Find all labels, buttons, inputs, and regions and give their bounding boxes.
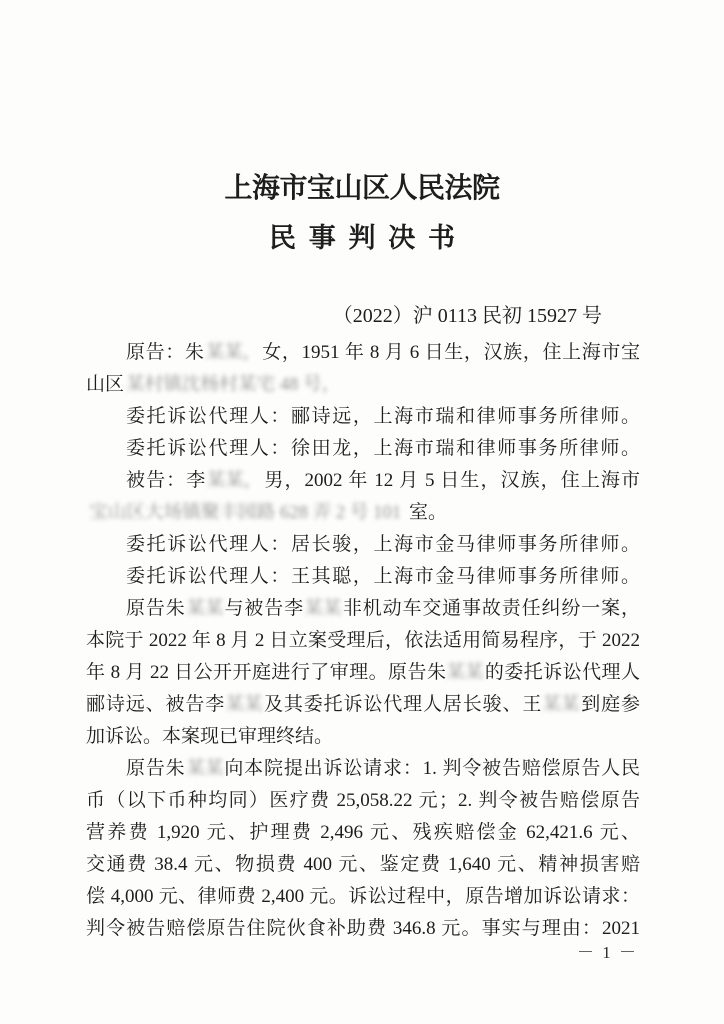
body-text: 交通费 38.4 元、物损费 400 元、鉴定费 1,640 元、精神损害赔 — [86, 854, 640, 875]
court-name: 上海市宝山区人民法院 — [0, 166, 724, 206]
body-line: 被告：李某某，男，2002 年 12 月 5 日生，汉族，住上海市 — [86, 465, 640, 497]
body-line: 年 8 月 22 日公开开庭进行了审理。原告朱某某的委托诉讼代理人 — [86, 657, 640, 689]
redacted-text: 某某 — [447, 657, 484, 688]
body-text: 男，2002 年 12 月 5 日生，汉族，住上海市 — [263, 470, 640, 491]
body-line: 交通费 38.4 元、物损费 400 元、鉴定费 1,640 元、精神损害赔 — [86, 849, 640, 881]
body-text: 女，1951 年 8 月 6 日生，汉族，住上海市宝 — [262, 342, 640, 363]
body-text: 委托诉讼代理人：王其聪，上海市金马律师事务所律师。 — [126, 566, 640, 587]
page-number: － 1 － — [86, 938, 640, 963]
body-line: 委托诉讼代理人：居长骏，上海市金马律师事务所律师。 — [86, 529, 640, 561]
redacted-text: 某村镇沈杨村某宅 48 号， — [126, 369, 340, 400]
body-text: 本院于 2022 年 8 月 2 日立案受理后，依法适用简易程序，于 2022 — [86, 630, 640, 651]
body-line: 郦诗远、被告李某某及其委托诉讼代理人居长骏、王某某到庭参 — [86, 689, 640, 721]
body-text: 到庭参 — [580, 694, 640, 715]
body-line: 偿 4,000 元、律师费 2,400 元。诉讼过程中，原告增加诉讼请求： — [86, 881, 640, 913]
body-line: 山区某村镇沈杨村某宅 48 号， — [86, 369, 640, 401]
body-text: 郦诗远、被告李 — [86, 694, 225, 715]
body-text: 与被告李 — [224, 598, 304, 619]
body-text: 加诉讼。本案现已审理终结。 — [86, 726, 333, 747]
body-text: 营养费 1,920 元、护理费 2,496 元、残疾赔偿金 62,421.6 元… — [86, 822, 640, 843]
body-line: 原告朱某某与被告李某某非机动车交通事故责任纠纷一案， — [86, 593, 640, 625]
document-body: 原告：朱某某，女，1951 年 8 月 6 日生，汉族，住上海市宝山区某村镇沈杨… — [86, 337, 640, 945]
body-text: 币（以下币种均同）医疗费 25,058.22 元；2. 判令被告赔偿原告 — [86, 790, 640, 811]
body-line: 本院于 2022 年 8 月 2 日立案受理后，依法适用简易程序，于 2022 — [86, 625, 640, 657]
body-text: 向本院提出诉讼请求：1. 判令被告赔偿原告人民 — [224, 758, 640, 779]
body-line: 宝山区大场镇聚丰园路 628 弄 2 号 101 室。 — [86, 497, 640, 529]
body-text: 室。 — [404, 502, 447, 523]
body-line: 委托诉讼代理人：王其聪，上海市金马律师事务所律师。 — [86, 561, 640, 593]
body-text: 及其委托诉讼代理人居长骏、王 — [263, 694, 542, 715]
body-text: 原告朱 — [126, 598, 186, 619]
body-text: 原告：朱 — [126, 342, 205, 363]
document-title: 民 事 判 决 书 — [0, 216, 724, 255]
redacted-text: 某某 — [186, 593, 223, 624]
redacted-text: 某某， — [205, 337, 261, 368]
body-line: 币（以下币种均同）医疗费 25,058.22 元；2. 判令被告赔偿原告 — [86, 785, 640, 817]
body-text: 偿 4,000 元、律师费 2,400 元。诉讼过程中，原告增加诉讼请求： — [86, 886, 640, 907]
body-line: 原告朱某某向本院提出诉讼请求：1. 判令被告赔偿原告人民 — [86, 753, 640, 785]
redacted-text: 某某 — [304, 593, 341, 624]
body-line: 营养费 1,920 元、护理费 2,496 元、残疾赔偿金 62,421.6 元… — [86, 817, 640, 849]
redacted-text: 宝山区大场镇聚丰园路 628 弄 2 号 101 — [89, 497, 401, 528]
body-text: 山区 — [86, 374, 124, 395]
redacted-text: 某某 — [543, 689, 580, 720]
redacted-text: 某某， — [207, 465, 263, 496]
redacted-text: 某某 — [186, 753, 223, 784]
body-text: 委托诉讼代理人：郦诗远，上海市瑞和律师事务所律师。 — [126, 406, 640, 427]
body-text: 年 8 月 22 日公开开庭进行了审理。原告朱 — [86, 662, 446, 683]
body-line: 委托诉讼代理人：郦诗远，上海市瑞和律师事务所律师。 — [86, 401, 640, 433]
body-line: 委托诉讼代理人：徐田龙，上海市瑞和律师事务所律师。 — [86, 433, 640, 465]
body-text: 原告朱 — [126, 758, 186, 779]
body-line: 加诉讼。本案现已审理终结。 — [86, 721, 640, 753]
body-line: 原告：朱某某，女，1951 年 8 月 6 日生，汉族，住上海市宝 — [86, 337, 640, 369]
body-text: 委托诉讼代理人：居长骏，上海市金马律师事务所律师。 — [126, 534, 640, 555]
judgment-page: 上海市宝山区人民法院 民 事 判 决 书 （2022）沪 0113 民初 159… — [0, 0, 724, 1024]
redacted-text: 某某 — [226, 689, 263, 720]
body-text: 的委托诉讼代理人 — [484, 662, 640, 683]
body-text: 判令被告赔偿原告住院伙食补助费 346.8 元。事实与理由：2021 — [86, 918, 640, 939]
body-text: 委托诉讼代理人：徐田龙，上海市瑞和律师事务所律师。 — [126, 438, 640, 459]
body-text: 被告：李 — [126, 470, 206, 491]
body-text: 非机动车交通事故责任纠纷一案， — [342, 598, 640, 619]
case-number: （2022）沪 0113 民初 15927 号 — [86, 299, 640, 328]
